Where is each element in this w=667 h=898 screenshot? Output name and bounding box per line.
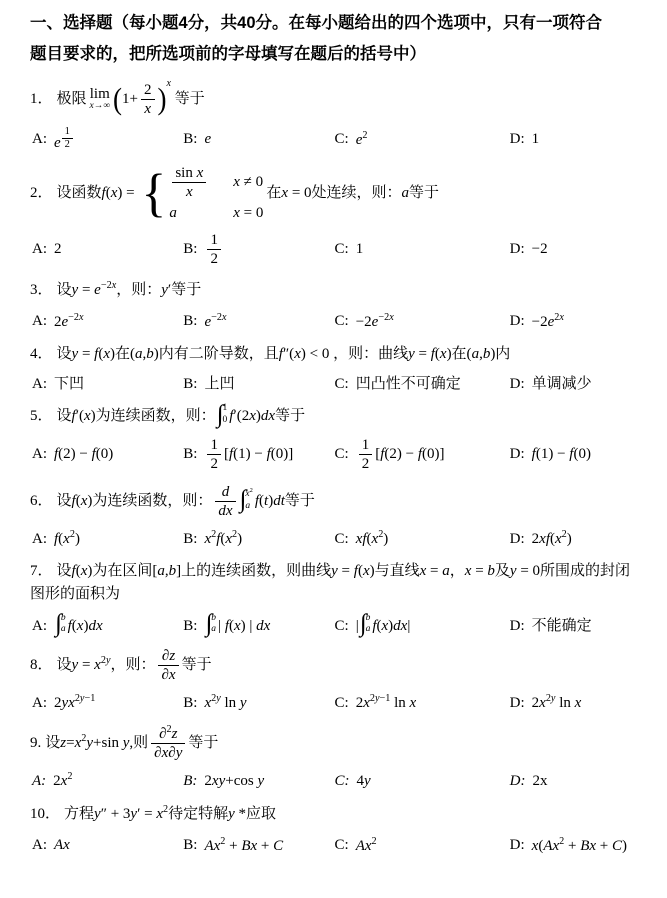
option-value: 不能确定 — [532, 616, 592, 637]
option-D: D:2x2y ln x — [510, 692, 645, 714]
option-value: 凹凸性不可确定 — [356, 374, 461, 395]
question-stem: 4．设y = f(x)在(a,b)内有二阶导数，且f″(x) < 0 ，则：曲线… — [30, 343, 645, 366]
option-value: x2f(x2) — [204, 528, 242, 550]
option-A: A:2e−2x — [32, 311, 183, 333]
option-label: D: — [510, 616, 525, 637]
option-B: B:Ax2 + Bx + C — [183, 835, 334, 857]
option-value: e−2x — [204, 311, 226, 333]
option-value: 12[f(2) − f(0)] — [356, 436, 445, 473]
option-label: C: — [335, 616, 349, 637]
question-block: 3．设y = e−2x，则：y′等于 A:2e−2xB:e−2xC:−2e−2x… — [30, 278, 645, 332]
option-D: D:单调减少 — [510, 374, 645, 395]
option-B: B:2xy+cos y — [183, 771, 334, 792]
option-D: D:f(1) − f(0) — [510, 444, 645, 465]
option-A: A:2yx2y−1 — [32, 692, 183, 714]
question-stem: 5．设f′(x)为连续函数，则：∫10f′(2x)dx等于 — [30, 405, 645, 428]
option-label: A: — [32, 693, 47, 714]
option-label: A: — [32, 444, 47, 465]
exam-document: 一、选择题（每小题4分，共40分。在每小题给出的四个选项中，只有一项符合 题目要… — [0, 0, 667, 873]
option-label: A: — [32, 239, 47, 260]
option-value: 2e−2x — [54, 311, 84, 333]
option-A: A:e12 — [32, 126, 183, 154]
option-label: C: — [335, 239, 349, 260]
question-block: 5．设f′(x)为连续函数，则：∫10f′(2x)dx等于 A:f(2) − f… — [30, 405, 645, 473]
option-value: −2e2x — [532, 311, 564, 333]
question-stem: 9.设z=x2y+sin y,则∂2z∂x∂y等于 — [30, 724, 645, 762]
question-number: 10． — [30, 806, 60, 822]
option-A: A:2 — [32, 239, 183, 260]
option-value: 2 — [54, 239, 62, 260]
option-D: D:2xf(x2) — [510, 528, 645, 550]
option-label: B: — [183, 311, 197, 332]
option-value: 2x — [532, 771, 547, 792]
question-number: 4． — [30, 346, 53, 362]
question-number: 7． — [30, 563, 53, 579]
option-label: D: — [510, 239, 525, 260]
option-row: A:∫baf(x)dxB:∫ba| f(x) | dxC:|∫baf(x)dx|… — [32, 615, 645, 638]
option-row: A:e12B:eC:e2D:1 — [32, 126, 645, 154]
option-value: 下凹 — [54, 374, 84, 395]
section-header-line2: 题目要求的，把所选项前的字母填写在题后的括号中） — [30, 45, 426, 63]
question-block: 8．设y = x2y，则：∂z∂x等于 A:2yx2y−1B:x2y ln yC… — [30, 647, 645, 714]
section-header-line1: 一、选择题（每小题4分，共40分。在每小题给出的四个选项中，只有一项符合 — [30, 14, 602, 32]
option-value: e2 — [356, 129, 368, 151]
option-value: 1 — [356, 239, 364, 260]
question-stem: 2．设函数f(x) = {sin xxx ≠ 0ax = 0在x = 0处连续，… — [30, 164, 645, 224]
option-C: C:4y — [335, 771, 510, 792]
option-label: B: — [183, 444, 197, 465]
option-value: Ax2 + Bx + C — [204, 835, 283, 857]
option-label: D: — [510, 693, 525, 714]
question-stem: 8．设y = x2y，则：∂z∂x等于 — [30, 647, 645, 684]
option-row: A:下凹B:上凹C:凹凸性不可确定D:单调减少 — [32, 374, 645, 395]
option-label: B: — [183, 616, 197, 637]
question-text: 设y = f(x)在(a,b)内有二阶导数，且f″(x) < 0 ，则：曲线y … — [57, 346, 511, 362]
option-label: D: — [510, 311, 525, 332]
option-label: B: — [183, 374, 197, 395]
option-C: C:1 — [335, 239, 510, 260]
option-row: A:2yx2y−1B:x2y ln yC:2x2y−1 ln xD:2x2y l… — [32, 692, 645, 714]
question-block: 7．设f(x)为在区间[a,b]上的连续函数，则曲线y = f(x)与直线x =… — [30, 560, 645, 637]
option-label: A: — [32, 129, 47, 150]
option-value: x2y ln y — [204, 692, 246, 714]
option-row: A:2e−2xB:e−2xC:−2e−2xD:−2e2x — [32, 311, 645, 333]
option-row: A:2B:12C:1D:−2 — [32, 231, 645, 268]
option-B: B:e — [183, 129, 334, 150]
option-C: C:|∫baf(x)dx| — [335, 615, 510, 638]
option-value: 单调减少 — [532, 374, 592, 395]
option-value: e — [204, 129, 211, 150]
question-stem: 1．极限limx→∞(1+2x)x 等于 — [30, 81, 645, 118]
option-label: D: — [510, 374, 525, 395]
question-text: 设f(x)为在区间[a,b]上的连续函数，则曲线y = f(x)与直线x = a… — [30, 563, 630, 602]
option-A: A:下凹 — [32, 374, 183, 395]
option-B: B:12 — [183, 231, 334, 268]
option-label: C: — [335, 529, 349, 550]
option-value: xf(x2) — [356, 528, 389, 550]
question-text: 设f(x)为连续函数，则：ddx∫x2af(t)dt等于 — [57, 493, 315, 509]
question-number: 9. — [30, 735, 41, 751]
question-text: 设y = x2y，则：∂z∂x等于 — [57, 657, 212, 673]
option-value: 2x2y ln x — [532, 692, 582, 714]
option-value: 2yx2y−1 — [54, 692, 95, 714]
question-number: 3． — [30, 282, 53, 298]
question-block: 10．方程y″ + 3y′ = x2待定特解y *应取 A:AxB:Ax2 + … — [30, 802, 645, 856]
option-value: 4y — [357, 771, 371, 792]
option-C: C:−2e−2x — [335, 311, 510, 333]
option-B: B:e−2x — [183, 311, 334, 333]
option-label: D: — [510, 129, 525, 150]
question-text: 设f′(x)为连续函数，则：∫10f′(2x)dx等于 — [57, 408, 306, 424]
question-stem: 7．设f(x)为在区间[a,b]上的连续函数，则曲线y = f(x)与直线x =… — [30, 560, 645, 607]
option-A: A:f(x2) — [32, 528, 183, 550]
option-D: D:2x — [510, 771, 645, 792]
question-text: 设z=x2y+sin y,则∂2z∂x∂y等于 — [45, 735, 218, 751]
option-C: C:12[f(2) − f(0)] — [335, 436, 510, 473]
option-value: 2x2 — [53, 770, 72, 792]
option-row: A:AxB:Ax2 + Bx + CC:Ax2D:x(Ax2 + Bx + C) — [32, 835, 645, 857]
option-A: A:f(2) − f(0) — [32, 444, 183, 465]
option-B: B:x2f(x2) — [183, 528, 334, 550]
option-value: −2 — [532, 239, 548, 260]
option-value: Ax2 — [356, 835, 377, 857]
option-value: 2x2y−1 ln x — [356, 692, 416, 714]
option-D: D:−2e2x — [510, 311, 645, 333]
option-label: D: — [510, 835, 525, 856]
option-C: C:e2 — [335, 129, 510, 151]
option-value: Ax — [54, 835, 70, 856]
option-label: A: — [32, 616, 47, 637]
option-label: B: — [183, 771, 197, 792]
section-header: 一、选择题（每小题4分，共40分。在每小题给出的四个选项中，只有一项符合 题目要… — [30, 8, 645, 69]
question-text: 设函数f(x) = {sin xxx ≠ 0ax = 0在x = 0处连续，则：… — [57, 185, 440, 201]
option-label: C: — [335, 835, 349, 856]
option-value: 1 — [532, 129, 540, 150]
option-label: C: — [335, 444, 349, 465]
option-label: B: — [183, 835, 197, 856]
option-label: B: — [183, 129, 197, 150]
question-stem: 3．设y = e−2x，则：y′等于 — [30, 278, 645, 302]
option-label: C: — [335, 771, 350, 792]
option-A: A:∫baf(x)dx — [32, 615, 183, 638]
option-label: A: — [32, 835, 47, 856]
option-row: A:2x2B:2xy+cos yC:4yD:2x — [32, 770, 645, 792]
option-B: B:∫ba| f(x) | dx — [183, 615, 334, 638]
option-value: ∫ba| f(x) | dx — [204, 615, 270, 638]
option-label: B: — [183, 239, 197, 260]
option-value: 2xf(x2) — [532, 528, 572, 550]
option-label: C: — [335, 311, 349, 332]
option-label: C: — [335, 129, 349, 150]
option-D: D:−2 — [510, 239, 645, 260]
question-text: 方程y″ + 3y′ = x2待定特解y *应取 — [64, 806, 276, 822]
option-label: C: — [335, 693, 349, 714]
question-list: 1．极限limx→∞(1+2x)x 等于 A:e12B:eC:e2D:1 2．设… — [30, 81, 645, 857]
question-number: 5． — [30, 408, 53, 424]
option-value: f(x2) — [54, 528, 80, 550]
question-number: 2． — [30, 185, 53, 201]
question-block: 4．设y = f(x)在(a,b)内有二阶导数，且f″(x) < 0 ，则：曲线… — [30, 343, 645, 395]
question-number: 8． — [30, 657, 53, 673]
option-B: B:x2y ln y — [183, 692, 334, 714]
option-value: 2xy+cos y — [204, 771, 264, 792]
option-value: 12[f(1) − f(0)] — [204, 436, 293, 473]
option-label: A: — [32, 311, 47, 332]
option-value: ∫baf(x)dx — [54, 615, 103, 638]
option-label: B: — [183, 529, 197, 550]
question-block: 6．设f(x)为连续函数，则：ddx∫x2af(t)dt等于 A:f(x2)B:… — [30, 483, 645, 550]
option-label: C: — [335, 374, 349, 395]
option-D: D:不能确定 — [510, 616, 645, 637]
option-label: D: — [510, 444, 525, 465]
option-label: A: — [32, 374, 47, 395]
option-value: f(1) − f(0) — [532, 444, 591, 465]
option-D: D:x(Ax2 + Bx + C) — [510, 835, 645, 857]
option-value: x(Ax2 + Bx + C) — [532, 835, 627, 857]
option-label: B: — [183, 693, 197, 714]
option-C: C:2x2y−1 ln x — [335, 692, 510, 714]
option-C: C:xf(x2) — [335, 528, 510, 550]
question-text: 设y = e−2x，则：y′等于 — [57, 282, 202, 298]
option-value: −2e−2x — [356, 311, 394, 333]
option-value: 12 — [204, 231, 224, 268]
option-D: D:1 — [510, 129, 645, 150]
option-A: A:Ax — [32, 835, 183, 856]
question-number: 1． — [30, 91, 53, 107]
option-C: C:凹凸性不可确定 — [335, 374, 510, 395]
option-label: A: — [32, 771, 46, 792]
question-block: 1．极限limx→∞(1+2x)x 等于 A:e12B:eC:e2D:1 — [30, 81, 645, 154]
option-value: e12 — [54, 126, 74, 154]
option-B: B:上凹 — [183, 374, 334, 395]
option-B: B:12[f(1) − f(0)] — [183, 436, 334, 473]
option-label: D: — [510, 771, 526, 792]
question-block: 2．设函数f(x) = {sin xxx ≠ 0ax = 0在x = 0处连续，… — [30, 164, 645, 269]
option-A: A:2x2 — [32, 770, 183, 792]
option-label: A: — [32, 529, 47, 550]
option-label: D: — [510, 529, 525, 550]
option-row: A:f(2) − f(0)B:12[f(1) − f(0)]C:12[f(2) … — [32, 436, 645, 473]
option-row: A:f(x2)B:x2f(x2)C:xf(x2)D:2xf(x2) — [32, 528, 645, 550]
option-C: C:Ax2 — [335, 835, 510, 857]
option-value: f(2) − f(0) — [54, 444, 113, 465]
question-text: 极限limx→∞(1+2x)x 等于 — [57, 91, 205, 107]
option-value: |∫baf(x)dx| — [356, 615, 411, 638]
option-value: 上凹 — [204, 374, 234, 395]
question-block: 9.设z=x2y+sin y,则∂2z∂x∂y等于 A:2x2B:2xy+cos… — [30, 724, 645, 792]
question-number: 6． — [30, 493, 53, 509]
question-stem: 6．设f(x)为连续函数，则：ddx∫x2af(t)dt等于 — [30, 483, 645, 520]
question-stem: 10．方程y″ + 3y′ = x2待定特解y *应取 — [30, 802, 645, 826]
